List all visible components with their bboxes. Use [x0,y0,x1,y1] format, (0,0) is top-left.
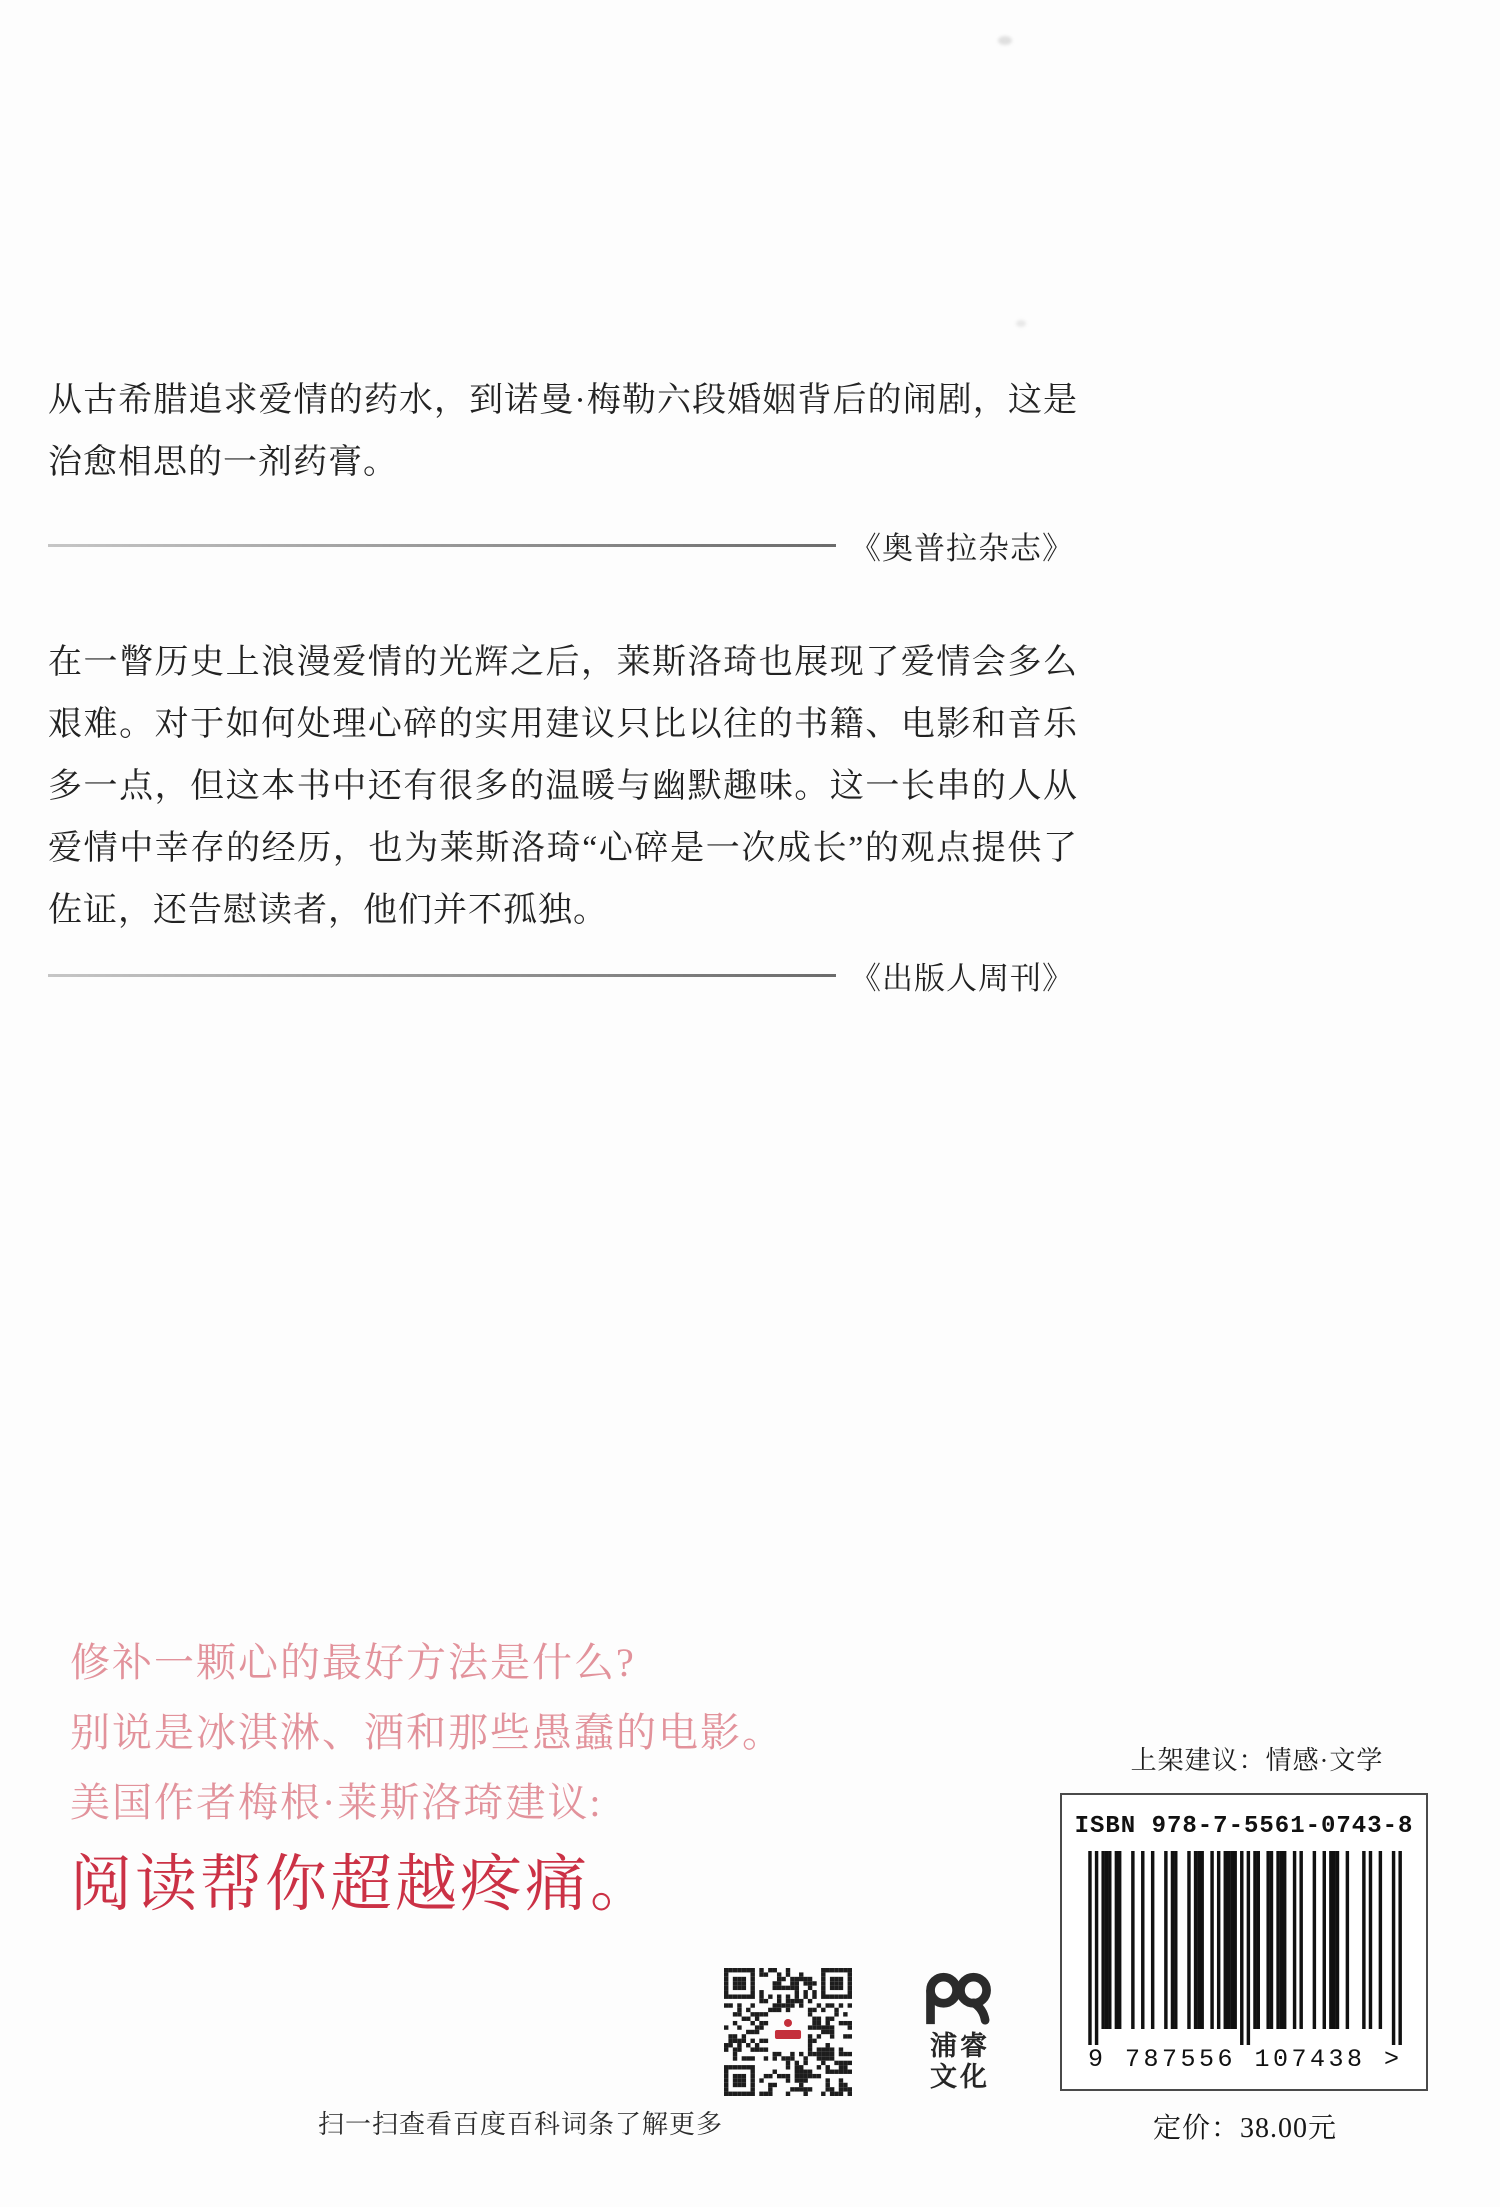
barcode-box: ISBN 978-7-5561-0743-8 9 787556 107438 > [1060,1793,1428,2091]
scan-artifact [998,36,1012,45]
barcode-digits: 9 787556 107438 > [1088,2045,1403,2074]
tagline-headline: 阅读帮你超越疼痛。 [70,1852,784,1918]
publisher-logo: 浦睿 文化 [914,1968,1006,2093]
publisher-name-line2: 文化 [914,2062,1006,2093]
review-attribution-publishers-weekly: 《出版人周刊》 [48,955,1074,995]
tagline-line: 美国作者梅根·莱斯洛琦建议: [70,1768,784,1838]
qr-code [724,1968,852,2096]
tagline-block: 修补一颗心的最好方法是什么? 别说是冰淇淋、酒和那些愚蠢的电影。 美国作者梅根·… [70,1628,784,1918]
review-quote-publishers-weekly: 在一瞥历史上浪漫爱情的光辉之后，莱斯洛琦也展现了爱情会多么艰难。对于如何处理心碎… [48,632,1078,942]
scan-hint-text: 扫一扫查看百度百科词条了解更多 [318,2104,723,2141]
publisher-name-line1: 浦睿 [914,2031,1006,2062]
price-label: 定价：38.00元 [1095,2106,1395,2146]
divider-rule [48,544,836,547]
tagline-line: 别说是冰淇淋、酒和那些愚蠢的电影。 [70,1698,784,1768]
review-quote-oprah: 从古希腊追求爱情的药水，到诺曼·梅勒六段婚姻背后的闹剧，这是治愈相思的一剂药膏。 [48,370,1078,494]
tagline-line: 修补一颗心的最好方法是什么? [70,1628,784,1698]
isbn-label: ISBN 978-7-5561-0743-8 [1062,1813,1426,1840]
barcode-bars [1088,1851,1402,2050]
review-attribution-oprah: 《奥普拉杂志》 [48,525,1074,565]
review-source: 《出版人周刊》 [850,953,1074,998]
divider-rule [48,974,836,977]
shelf-suggestion-label: 上架建议：情感·文学 [1092,1740,1422,1777]
scan-artifact [1016,320,1026,327]
pr-mark-icon [916,1968,1004,2026]
review-source: 《奥普拉杂志》 [850,523,1074,568]
book-back-cover: { "page": { "background": "#fdfdfd" }, "… [0,0,1500,2207]
